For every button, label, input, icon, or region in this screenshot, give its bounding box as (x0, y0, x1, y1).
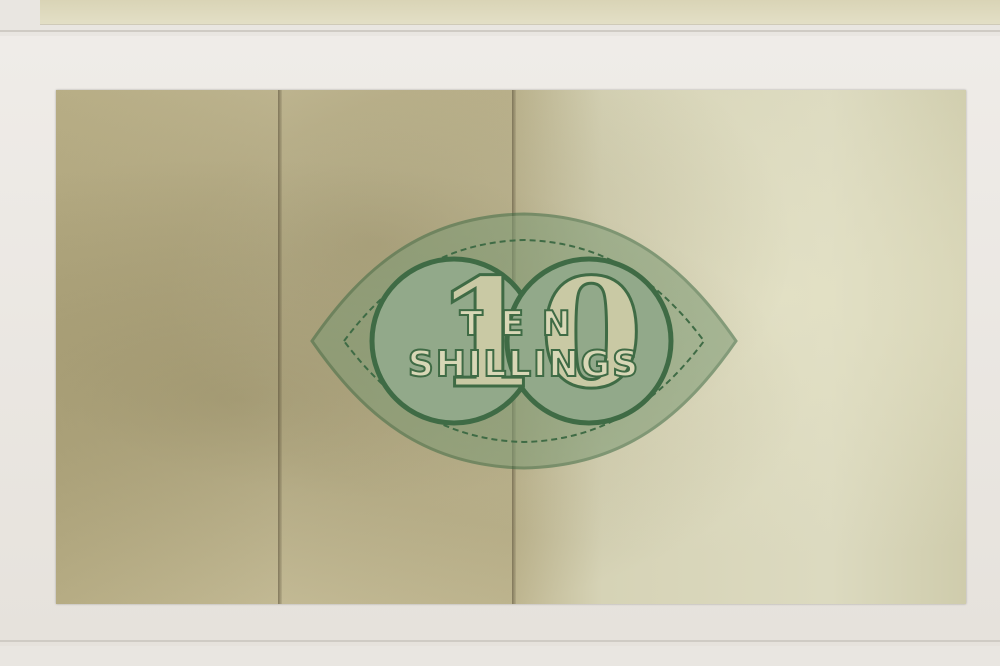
denomination-line1: TEN (460, 304, 589, 344)
fold-crease (278, 90, 282, 604)
denomination-text: TEN SHILLINGS (304, 206, 744, 476)
banknote: ​ 1 0 TEN SHILLINGS (56, 90, 966, 604)
sleeve-divider (0, 30, 1000, 32)
denomination-line2: SHILLINGS (408, 344, 640, 385)
sleeve-divider (0, 640, 1000, 642)
adjacent-note-edge (40, 0, 1000, 25)
